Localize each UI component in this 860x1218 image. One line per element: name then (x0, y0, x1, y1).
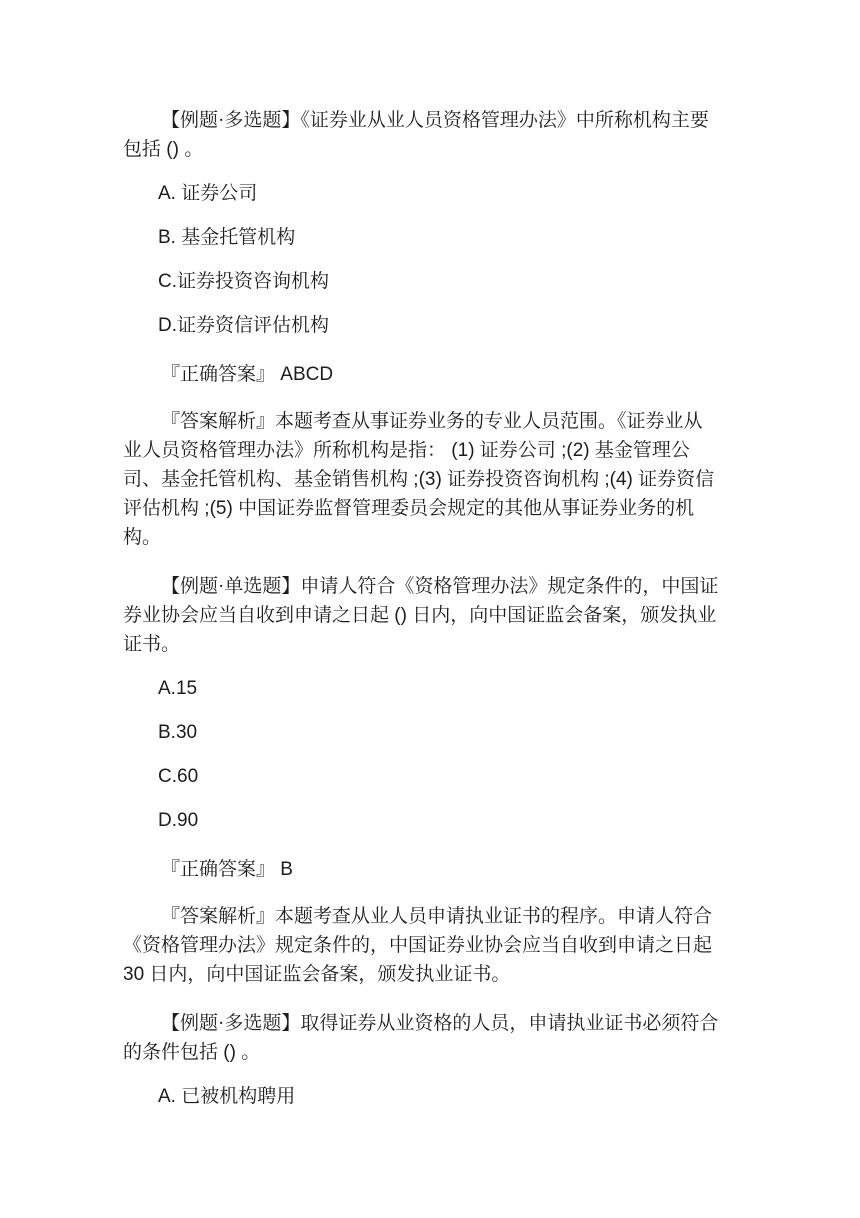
paragraph-option: C.60 (158, 762, 720, 791)
latin-text: 30 (123, 964, 149, 985)
latin-text: ABCD (275, 364, 333, 385)
latin-text: ;(3) (408, 469, 447, 490)
latin-text: () (389, 605, 412, 626)
latin-text: ;(5) (199, 498, 238, 519)
exam-document-page: 【例题·多选题】《证券业从业人员资格管理办法》中所称机构主要包括 () 。A. … (0, 0, 860, 1218)
paragraph-option: D.证券资信评估机构 (158, 311, 720, 340)
latin-text: B (275, 859, 293, 880)
document-content: 【例题·多选题】《证券业从业人员资格管理办法》中所称机构主要包括 () 。A. … (123, 106, 720, 1111)
paragraph-question: 【例题·多选题】《证券业从业人员资格管理办法》中所称机构主要包括 () 。 (123, 106, 720, 164)
paragraph-option: A.15 (158, 674, 720, 703)
latin-text: C. (158, 271, 177, 292)
latin-text: ;(2) (556, 440, 595, 461)
latin-text: C.60 (158, 766, 198, 787)
latin-text: ;(4) (599, 469, 638, 490)
paragraph-analysis: 『答案解析』本题考查从业人员申请执业证书的程序。申请人符合《资格管理办法》规定条… (123, 902, 720, 989)
paragraph-option: B.30 (158, 718, 720, 747)
latin-text: () (161, 139, 184, 160)
latin-text: (1) (446, 440, 480, 461)
paragraph-option: D.90 (158, 806, 720, 835)
paragraph-option: A. 证券公司 (158, 179, 720, 208)
latin-text: D.90 (158, 810, 198, 831)
latin-text: () (218, 1042, 241, 1063)
paragraph-option: C.证券投资咨询机构 (158, 267, 720, 296)
paragraph-answer: 『正确答案』 B (123, 855, 720, 884)
latin-text: A. (158, 183, 181, 204)
paragraph-question: 【例题·单选题】申请人符合《资格管理办法》规定条件的，中国证券业协会应当自收到申… (123, 572, 720, 659)
latin-text: D. (158, 315, 177, 336)
paragraph-option: B. 基金托管机构 (158, 223, 720, 252)
latin-text: A.15 (158, 678, 197, 699)
paragraph-answer: 『正确答案』 ABCD (123, 360, 720, 389)
latin-text: B.30 (158, 722, 197, 743)
latin-text: A. (158, 1086, 181, 1107)
paragraph-analysis: 『答案解析』本题考查从事证券业务的专业人员范围。《证券业从业人员资格管理办法》所… (123, 407, 720, 552)
latin-text: B. (158, 227, 181, 248)
paragraph-option: A. 已被机构聘用 (158, 1082, 720, 1111)
paragraph-question: 【例题·多选题】取得证券从业资格的人员，申请执业证书必须符合的条件包括 () 。 (123, 1009, 720, 1067)
